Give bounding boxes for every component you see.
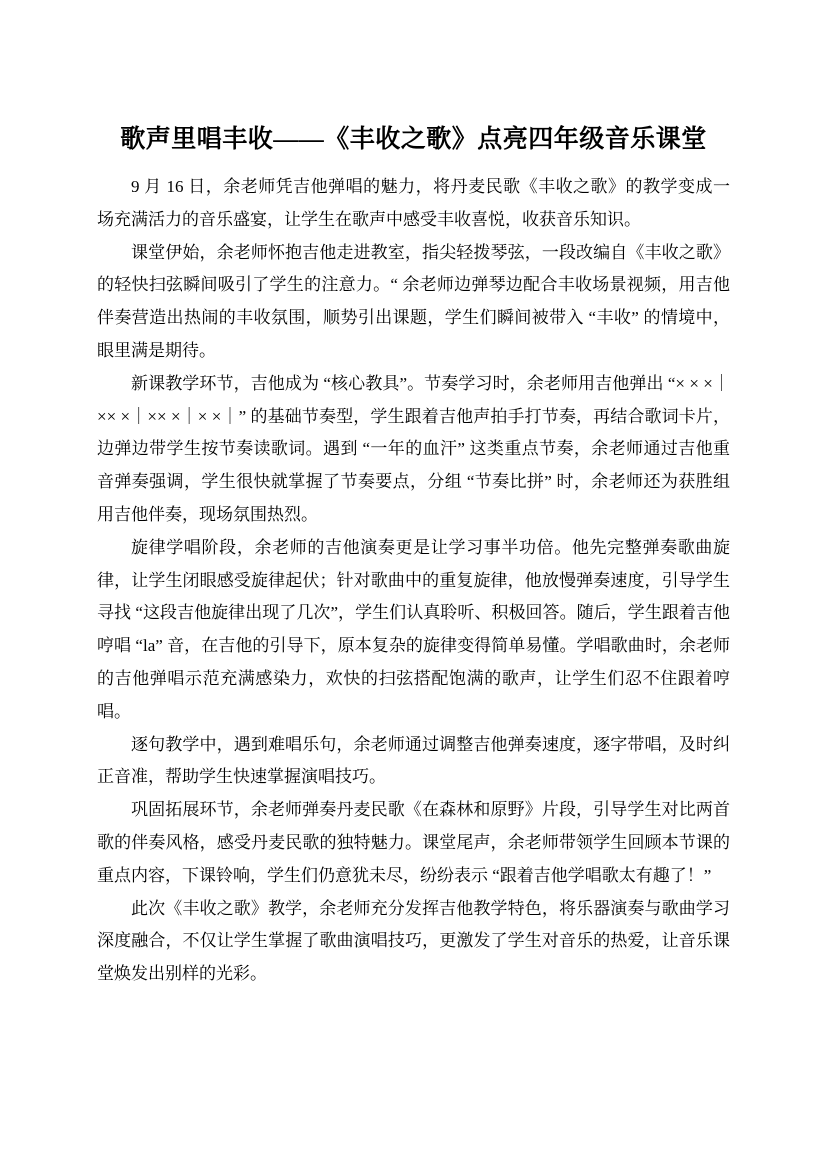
paragraph-conclusion: 此次《丰收之歌》教学，余老师充分发挥吉他教学特色，将乐器演奏与歌曲学习深度融合，… (97, 893, 730, 991)
document-body: 9 月 16 日，余老师凭吉他弹唱的魅力，将丹麦民歌《丰收之歌》的教学变成一场充… (97, 171, 730, 991)
paragraph-melody-learning: 旋律学唱阶段，余老师的吉他演奏更是让学习事半功倍。他先完整弹奏歌曲旋律，让学生闭… (97, 532, 730, 729)
paragraph-class-opening: 课堂伊始，余老师怀抱吉他走进教室，指尖轻拨琴弦，一段改编自《丰收之歌》的轻快扫弦… (97, 237, 730, 368)
paragraph-sentence-teaching: 逐句教学中，遇到难唱乐句，余老师通过调整吉他弹奏速度，逐字带唱，及时纠正音准，帮… (97, 729, 730, 795)
paragraph-rhythm-teaching: 新课教学环节，吉他成为 “核心教具”。节奏学习时，余老师用吉他弹出 “× × ×… (97, 368, 730, 532)
paragraph-consolidation: 巩固拓展环节，余老师弹奏丹麦民歌《在森林和原野》片段，引导学生对比两首歌的伴奏风… (97, 794, 730, 892)
paragraph-intro: 9 月 16 日，余老师凭吉他弹唱的魅力，将丹麦民歌《丰收之歌》的教学变成一场充… (97, 171, 730, 237)
document-title: 歌声里唱丰收——《丰收之歌》点亮四年级音乐课堂 (97, 123, 730, 157)
document-page: 歌声里唱丰收——《丰收之歌》点亮四年级音乐课堂 9 月 16 日，余老师凭吉他弹… (0, 0, 827, 1170)
